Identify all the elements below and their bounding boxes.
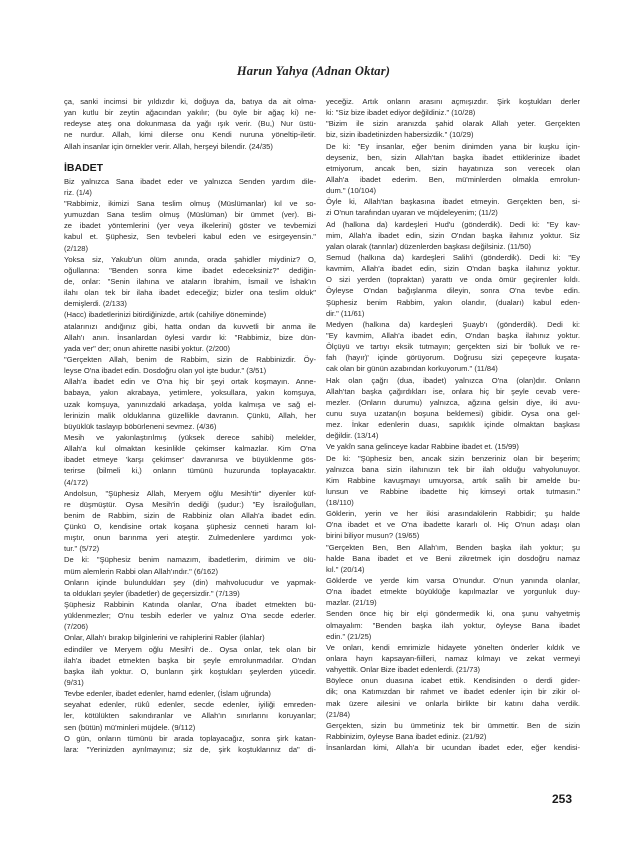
text-line: Allah'ı anın. İnsanlardan öylesi vardır … xyxy=(64,332,316,343)
text-line: (4/172) xyxy=(64,477,316,488)
text-line: Böylece onun duasına icabet ettik. Kendi… xyxy=(326,675,580,686)
text-line: Allah insanlar için örnekler verir. Alla… xyxy=(64,141,316,152)
text-line: leyse O'na ibadet edin. Dosdoğru olan yo… xyxy=(64,365,316,376)
text-line: Allah'tan başka çağırdıkları ise, onlara… xyxy=(326,386,580,397)
text-line: ki: "Siz bize ibadet ediyor değildiniz."… xyxy=(326,107,580,118)
intro-paragraph: ça, sanki incimsi bir yıldızdır ki, doğu… xyxy=(64,96,316,152)
text-line: "Rabbimiz, ikimizi Sana teslim olmuş (Mü… xyxy=(64,198,316,209)
text-line: zi O'nun tarafından uyaran ve müjdeleyen… xyxy=(326,207,580,218)
text-line: re düşmüştür. Oysa Mesih'in dediği (şudu… xyxy=(64,499,316,510)
text-line: Allah'a ibadet edin ve O'na hiç bir şeyi… xyxy=(64,376,316,387)
text-line: Ve yakîn sana gelinceye kadar Rabbine ib… xyxy=(326,441,580,452)
text-line: riz. (1/4) xyxy=(64,187,316,198)
text-line: ilahı olan tek bir ilaha ibadet edeceğiz… xyxy=(64,287,316,298)
text-line: Şüphesiz benim Rabbim, yakın olandır, (d… xyxy=(326,297,580,308)
text-line: mak üzere ailesini ve onlarla birlikte b… xyxy=(326,698,580,709)
text-line: atalarınızı andığınız gibi, hatta ondan … xyxy=(64,321,316,332)
text-line: de, onlar: "Senin ilahına ve ataların İb… xyxy=(64,276,316,287)
text-line: yeceğiz. Artık onların arasını açmışızdı… xyxy=(326,96,580,107)
page-number: 253 xyxy=(552,792,572,806)
text-line: De ki: "Şüphesiz ben, ancak sizin benzer… xyxy=(326,453,580,464)
text-line: birini biliyor musun? (19/65) xyxy=(326,530,580,541)
text-line: Göklerde ve yerde kim varsa O'nundur. O'… xyxy=(326,575,580,586)
text-line: Tevbe edenler, ibadet edenler, hamd eden… xyxy=(64,688,316,699)
text-line: müm alemlerin Rabbi olan Allah'ındır." (… xyxy=(64,566,316,577)
text-line: dir." (11/61) xyxy=(326,308,580,319)
text-line: benim de Rabbim, sizin de Rabbiniz olan … xyxy=(64,510,316,521)
text-line: Gerçekten, sizin bu ümmetiniz tek bir üm… xyxy=(326,720,580,731)
text-line: Semud (halkına da) kardeşleri Salih'i (g… xyxy=(326,252,580,263)
text-line: onlara hayrı kapsayan-fiilleri, namaz kı… xyxy=(326,653,580,664)
text-line: kabul et. Şüphesiz, Sen tevbeleri kabul … xyxy=(64,231,316,242)
text-line: mıştır, onun barınma yeri ateştir. Zulme… xyxy=(64,532,316,543)
text-line: mim, Allah'a ibadet edin, sizin O'ndan b… xyxy=(326,230,580,241)
text-line: yumuzdan Sana teslim olmuş (Müslüman) bi… xyxy=(64,209,316,220)
text-line: Allah'a ibadet ederim. Ben, mü'minlerden… xyxy=(326,174,580,185)
text-line: Onlar, Allah'ı bırakıp bilginlerini ve r… xyxy=(64,632,316,643)
text-line: İnsanlardan kimi, Allah'a bir ucundan ib… xyxy=(326,742,580,753)
text-line: O sizi yerden (topraktan) yarattı ve ond… xyxy=(326,274,580,285)
text-line: lara: "Yerinizden ayrılmayınız; siz de, … xyxy=(64,744,316,755)
text-line: ilah'a ibadet etmekten başka bir şeyle e… xyxy=(64,655,316,666)
text-line: vahyettik. Onlar Bize ibadet edenlerdi. … xyxy=(326,664,580,675)
text-line: deyseniz, ben, sizin Allah'tan başka iba… xyxy=(326,152,580,163)
text-line: De ki: "Şüphesiz benim namazım, ibadetle… xyxy=(64,554,316,565)
text-line: Öyle ki, Allah'tan başkasına ibadet etme… xyxy=(326,196,580,207)
left-column: ça, sanki incimsi bir yıldızdır ki, doğu… xyxy=(64,96,316,755)
right-column: yeceğiz. Artık onların arasını açmışızdı… xyxy=(326,96,580,753)
text-line: kavmim, Allah'a ibadet edin, sizin O'nda… xyxy=(326,263,580,274)
text-line: cak olan bir günün azabından korkuyorum.… xyxy=(326,363,580,374)
text-line: Biz yalnızca Sana ibadet eder ve yalnızc… xyxy=(64,176,316,187)
text-line: (21/84) xyxy=(326,709,580,720)
text-line: olmayalım: "Benden başka ilah yoktur, öy… xyxy=(326,620,580,631)
text-line: başka ilah yoktur. O, bunların şirk koşt… xyxy=(64,666,316,677)
text-line: Onların içinde bulundukları şey (din) ma… xyxy=(64,577,316,588)
section-heading: İBADET xyxy=(64,162,316,175)
text-line: Medyen (halkına da) kardeşleri Şuayb'ı (… xyxy=(326,319,580,330)
text-line: demişlerdi. (2/133) xyxy=(64,298,316,309)
text-line: (2/128) xyxy=(64,243,316,254)
text-line: edindiler ve Meryem oğlu Mesih'i de.. Oy… xyxy=(64,644,316,655)
text-line: seyahat edenler, rükû edenler, secde ede… xyxy=(64,699,316,710)
text-line: yalan olarak (tanrılar) düzenlerden başk… xyxy=(326,241,580,252)
text-line: Kim Rabbine kavuşmayı umuyorsa, artık sa… xyxy=(326,475,580,486)
text-line: Çünkü O, kendisine ortak koşana şüphesiz… xyxy=(64,521,316,532)
text-line: ibadet etmeye 'karşı çekimser' davranırs… xyxy=(64,454,316,465)
text-line: De ki: "Ey insanlar, eğer benim dinimden… xyxy=(326,141,580,152)
text-line: fah (hayır)' içinde görüyorum. Doğrusu s… xyxy=(326,352,580,363)
text-line: babaya, yakın akrabaya, yetimlere, yoksu… xyxy=(64,387,316,398)
text-line: ça, sanki incimsi bir yıldızdır ki, doğu… xyxy=(64,96,316,107)
text-line: lerinizin malik olduklarına güzellikle d… xyxy=(64,410,316,421)
text-line: (Hacc) ibadetlerinizi bitirdiğinizde, ar… xyxy=(64,309,316,320)
text-line: Şüphesiz Rabbinin Katında olanlar, O'na … xyxy=(64,599,316,610)
text-line: Ölçüyü ve tartıyı eksik tutmayın; gerçek… xyxy=(326,341,580,352)
text-line: büyüklük taslayıp böbürleneni sevmez. (4… xyxy=(64,421,316,432)
text-line: "Ey kavmim, Allah'a ibadet edin, O'ndan … xyxy=(326,330,580,341)
text-line: ta oldukları şeyler (ibadetler) de geçer… xyxy=(64,588,316,599)
text-line: "Gerçekten Allah, benim de Rabbim, sizin… xyxy=(64,354,316,365)
text-line: terirse (bilmeli ki,) onların tümünü huz… xyxy=(64,465,316,476)
text-line: ze ibadet yöntemlerini (yer veya ilkeler… xyxy=(64,220,316,231)
text-line: Öyleyse O'ndan bağışlanma dileyin, sonra… xyxy=(326,285,580,296)
text-line: "Gerçekten Ben, Ben Allah'ım, Benden baş… xyxy=(326,542,580,553)
text-line: biz, sizin ibadetinizden habersizdik." (… xyxy=(326,129,580,140)
text-line: mezler. (Onların durumu) yalnızca, ağzın… xyxy=(326,397,580,408)
text-line: (9/31) xyxy=(64,677,316,688)
text-line: uzak komşuya, yanınızdaki arkadaşa, yold… xyxy=(64,399,316,410)
text-line: (18/110) xyxy=(326,497,580,508)
text-line: Rabbinizim, öyleyse Bana ibadet ediniz. … xyxy=(326,731,580,742)
text-line: cunu suya uzatan(ın boşuna beklemesi) gi… xyxy=(326,408,580,419)
text-line: Ad (halkına da) kardeşleri Hud'u (gönder… xyxy=(326,219,580,230)
text-line: ler, kötülükten sakındıranlar ve Allah'ı… xyxy=(64,710,316,721)
text-line: dum." (10/104) xyxy=(326,185,580,196)
text-line: etmiyorum, ancak ben, sizin hayatınıza s… xyxy=(326,163,580,174)
text-line: Senden önce hiç bir elçi göndermedik ki,… xyxy=(326,608,580,619)
text-line: redeyse ateş ona dokunmasa da yağı ışık … xyxy=(64,118,316,129)
text-line: Andolsun, "Şüphesiz Allah, Meryem oğlu M… xyxy=(64,488,316,499)
text-line: ne nurdur. Allah, kimi dilerse onu Kendi… xyxy=(64,129,316,140)
text-line: yalnızca bana sizin ilahınızın tek bir i… xyxy=(326,464,580,475)
text-line: oğullarına: "Benden sonra kime ibadet ed… xyxy=(64,265,316,276)
text-line: yan kutlu bir zeytin ağacından yakılır; … xyxy=(64,107,316,118)
text-line: tur." (5/72) xyxy=(64,543,316,554)
text-line: Mesih ve yakınlaştırılmış (yüksek derece… xyxy=(64,432,316,443)
text-line: Ve onları, kendi emrimizle hidayete yöne… xyxy=(326,642,580,653)
text-line: mez. İnkar edenlerin duası, sapıklık içi… xyxy=(326,419,580,430)
text-line: halde Bana ibadet et ve Beni zikretmek i… xyxy=(326,553,580,564)
text-line: değildir. (13/14) xyxy=(326,430,580,441)
text-line: mazlar. (21/19) xyxy=(326,597,580,608)
text-line: "Bizim ile sizin aranızda şahid olarak A… xyxy=(326,118,580,129)
text-line: O gün, onların tümünü bir arada toplayac… xyxy=(64,733,316,744)
text-line: Göklerin, yerin ve her ikisi arasındakil… xyxy=(326,508,580,519)
running-header: Harun Yahya (Adnan Oktar) xyxy=(0,64,627,79)
text-line: (7/206) xyxy=(64,621,316,632)
text-line: kıl." (20/14) xyxy=(326,564,580,575)
text-line: Allah'a kul olmaktan kesinlikle çekimser… xyxy=(64,443,316,454)
text-line: yüklenmezler; O'nu tesbih ederler ve yal… xyxy=(64,610,316,621)
text-line: sen (bütün) mü'minleri müjdele. (9/112) xyxy=(64,722,316,733)
text-line: dik; ona Katımızdan bir rahmet ve ibadet… xyxy=(326,686,580,697)
text-line: O'na ibadet et ve O'na ibadette kararlı … xyxy=(326,519,580,530)
text-line: edin." (21/25) xyxy=(326,631,580,642)
text-line: Hak olan çağrı (dua, ibadet) yalnızca O'… xyxy=(326,375,580,386)
text-line: Yoksa siz, Yakub'un ölüm anında, orada ş… xyxy=(64,254,316,265)
text-line: lunsun ve Rabbine ibadette hiç kimseyi o… xyxy=(326,486,580,497)
text-line: yada ver" der; onun ahirette nasibi yokt… xyxy=(64,343,316,354)
text-line: O'na ibadet etmekte büyüklüğe kapılmazla… xyxy=(326,586,580,597)
section-body: Biz yalnızca Sana ibadet eder ve yalnızc… xyxy=(64,176,316,755)
